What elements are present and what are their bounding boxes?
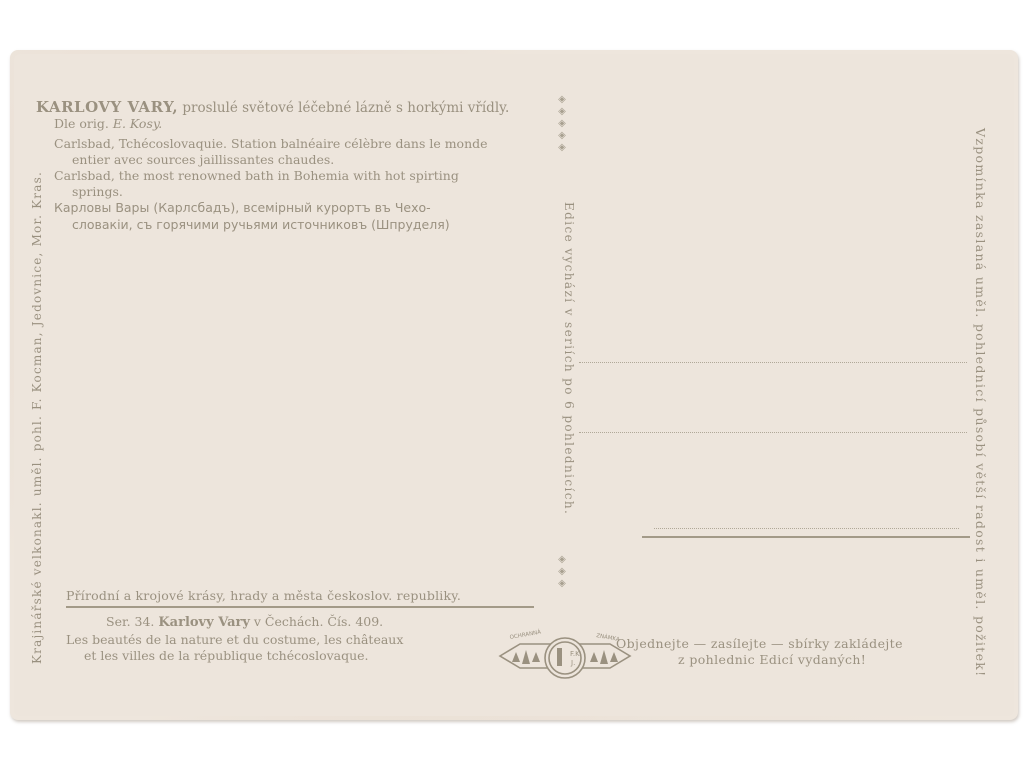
series-rest: v Čechách. Čís. 409. [250,614,383,629]
message-vertical-text: Vzpomínka zaslaná uměl. pohlednicí působ… [973,128,988,678]
card-title: KARLOVY VARY, proslulé světové léčebné l… [36,98,509,116]
series-french-2: et les villes de la république tchécoslo… [84,648,369,663]
english-caption-2: springs. [72,184,123,199]
svg-text:F.K.: F.K. [570,650,582,658]
address-underline [642,536,970,538]
trademark-stamp-icon: F.K. J. OCHRANNÁ ZNÁMKA [490,626,640,686]
artist-credit: Dle orig. E. Kosy. [54,116,162,131]
address-line [579,432,967,433]
title-city: KARLOVY VARY, [36,98,178,116]
divider-ornament-icon: ◈◈◈◈◈ [556,94,568,154]
artist-name: E. Kosy. [113,116,162,131]
postcard-back: KARLOVY VARY, proslulé světové léčebné l… [14,54,1014,716]
russian-caption-1: Карловы Вары (Карлсбадъ), всемiрный куро… [54,200,431,215]
series-number: Ser. 34. Karlovy Vary v Čechách. Čís. 40… [106,614,383,630]
series-prefix: Ser. 34. [106,614,158,629]
svg-text:J.: J. [570,659,575,667]
postcard: KARLOVY VARY, proslulé světové léčebné l… [10,50,1018,720]
russian-caption-2: словакiи, съ горячими ручьями источников… [72,217,450,232]
address-line [579,362,967,363]
series-city: Karlovy Vary [158,615,250,630]
series-heading: Přírodní a krojové krásy, hrady a města … [66,588,461,603]
french-caption-1: Carlsbad, Tchécoslovaquie. Station balné… [54,136,488,151]
edition-vertical-text: Edice vychází v seriích po 6 pohlednicíc… [562,202,576,515]
publisher-vertical-text: Krajinářské velkonakl. uměl. pohl. F. Ko… [30,171,44,664]
english-caption-1: Carlsbad, the most renowned bath in Bohe… [54,168,459,183]
series-french-1: Les beautés de la nature et du costume, … [66,632,403,647]
artist-prefix: Dle orig. [54,116,113,131]
divider-ornament-icon: ◈◈◈ [556,554,568,590]
svg-text:OCHRANNÁ: OCHRANNÁ [509,629,542,641]
address-line [654,528,959,529]
order-notice-2: z pohlednic Edicí vydaných! [678,652,866,667]
french-caption-2: entier avec sources jaillissantes chaude… [72,152,334,167]
series-underline [66,606,534,608]
order-notice-1: Objednejte — zasílejte — sbírky zakládej… [616,636,903,651]
title-description: proslulé světové léčebné lázně s horkými… [178,100,509,116]
